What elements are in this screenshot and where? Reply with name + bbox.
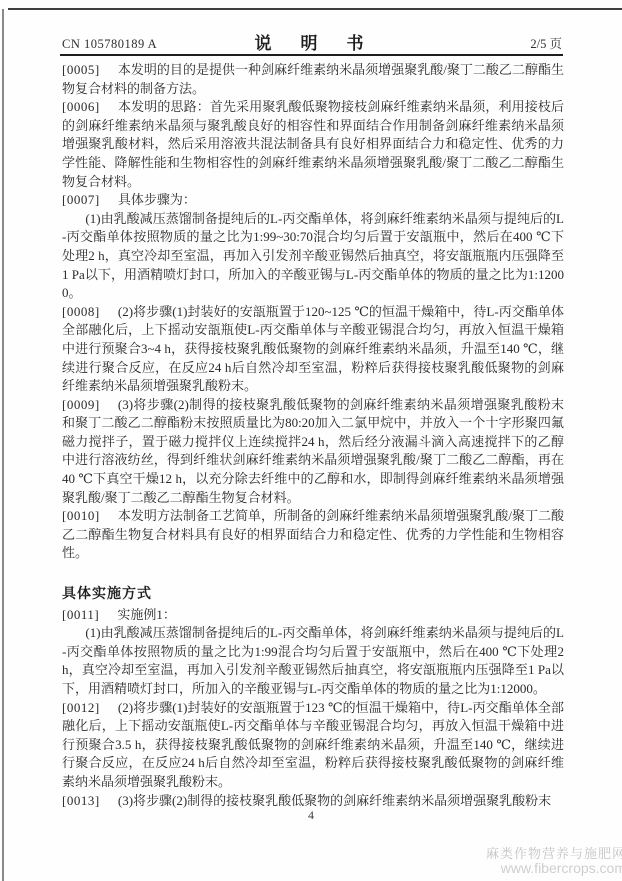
paragraph-text: 本发明方法制备工艺简单，所制备的剑麻纤维素纳米晶须增强聚乳酸/聚丁二酸乙二醇酯生… [62,508,564,560]
paragraph-text: (3)将步骤(2)制得的接枝聚乳酸低聚物的剑麻纤维素纳米晶须增强聚乳酸粉末 [118,793,551,808]
step-paragraph-2: (1)由乳酸减压蒸馏制备提纯后的L-丙交酯单体，将剑麻纤维素纳米晶须与提纯后的L… [62,624,564,698]
paragraph-0011: [0011]实施例1： [62,606,564,625]
step-paragraph-1: (1)由乳酸减压蒸馏制备提纯后的L-丙交酯单体，将剑麻纤维素纳米晶须与提纯后的L… [62,210,564,303]
footer-page-number: 4 [0,808,622,823]
scan-edge-top [8,8,622,10]
paragraph-0010: [0010]本发明方法制备工艺简单，所制备的剑麻纤维素纳米晶须增强聚乳酸/聚丁二… [62,507,564,563]
paragraph-text: 本发明的思路：首先采用聚乳酸低聚物接枝剑麻纤维素纳米晶须，利用接枝后的剑麻纤维素… [62,99,564,188]
paragraph-0007: [0007]具体步骤为： [62,191,564,210]
specification-body: [0005]本发明的目的是提供一种剑麻纤维素纳米晶须增强聚乳酸/聚丁二酸乙二醇酯… [62,61,564,810]
paragraph-number: [0008] [62,303,100,322]
paragraph-0009: [0009](3)将步骤(2)制得的接枝聚乳酸低聚物的剑麻纤维素纳米晶须增强聚乳… [62,396,564,508]
paragraph-text: (2)将步骤(1)封装好的安瓿瓶置于120~125 ℃的恒温干燥箱中，待L-丙交… [62,304,564,393]
paragraph-number: [0006] [62,98,100,117]
paragraph-number: [0010] [62,507,100,526]
paragraph-text: 实施例1： [117,607,176,622]
paragraph-number: [0007] [62,191,100,210]
header-rule [60,54,563,56]
page-indicator: 2/5 页 [530,34,562,52]
paragraph-0008: [0008](2)将步骤(1)封装好的安瓿瓶置于120~125 ℃的恒温干燥箱中… [62,303,564,396]
paragraph-0006: [0006]本发明的思路：首先采用聚乳酸低聚物接枝剑麻纤维素纳米晶须，利用接枝后… [62,98,564,191]
paragraph-text: 本发明的目的是提供一种剑麻纤维素纳米晶须增强聚乳酸/聚丁二酸乙二醇酯生物复合材料… [62,62,564,96]
patent-specification-page: CN 105780189 A 说 明 书 2/5 页 [0005]本发明的目的是… [0,0,622,881]
paragraph-text: (1)由乳酸减压蒸馏制备提纯后的L-丙交酯单体，将剑麻纤维素纳米晶须与提纯后的L… [62,211,564,300]
paragraph-text: (1)由乳酸减压蒸馏制备提纯后的L-丙交酯单体，将剑麻纤维素纳米晶须与提纯后的L… [62,625,564,696]
page-header: CN 105780189 A 说 明 书 2/5 页 [62,30,562,54]
paragraph-number: [0005] [62,61,100,80]
document-title: 说 明 书 [62,29,562,54]
watermark-site-url: www.fibercrops.com [486,861,622,876]
watermark: 麻类作物营养与施肥网 www.fibercrops.com [486,846,622,876]
paragraph-text: 具体步骤为： [118,192,196,207]
paragraph-0005: [0005]本发明的目的是提供一种剑麻纤维素纳米晶须增强聚乳酸/聚丁二酸乙二醇酯… [62,61,564,98]
section-heading-embodiments: 具体实施方式 [62,584,564,603]
paragraph-0012: [0012](2)将步骤(1)封装好的安瓿瓶置于123 ℃的恒温干燥箱中，待L-… [62,699,564,792]
paragraph-number: [0009] [62,396,100,415]
scan-edge-left [2,9,4,881]
watermark-site-name: 麻类作物营养与施肥网 [486,846,622,861]
paragraph-number: [0012] [62,699,100,718]
paragraph-text: (2)将步骤(1)封装好的安瓿瓶置于123 ℃的恒温干燥箱中，待L-丙交酯单体全… [62,700,564,789]
paragraph-text: (3)将步骤(2)制得的接枝聚乳酸低聚物的剑麻纤维素纳米晶须增强聚乳酸粉末和聚丁… [62,397,564,505]
paragraph-number: [0011] [62,606,99,625]
